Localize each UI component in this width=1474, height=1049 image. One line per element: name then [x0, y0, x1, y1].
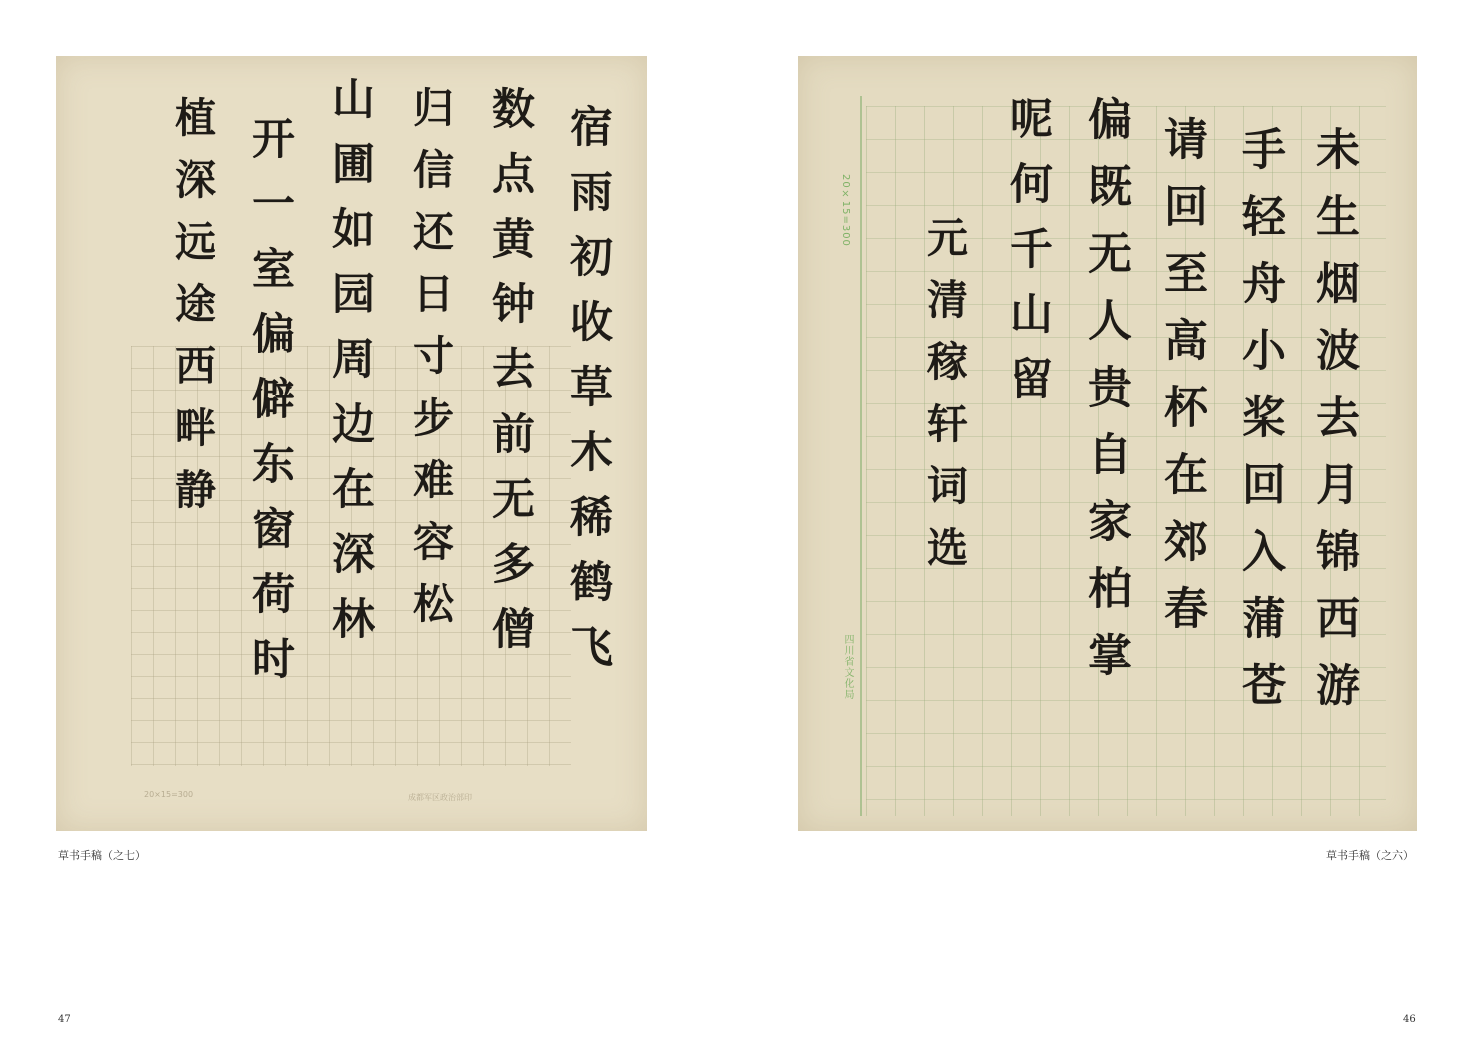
calligraphy-column-1: 宿雨初收草木稀鹤飞	[566, 104, 609, 689]
calligraphy-column-3: 归信还日寸步难容松	[409, 86, 450, 644]
calligraphy-column-6: 植深远途西畔静	[171, 96, 212, 530]
page-number-right: 46	[1403, 1014, 1416, 1025]
calligraphy-column-1: 未生烟波去月锦西游	[1311, 126, 1355, 729]
calligraphy-column-2: 手轻舟小桨回入蒲苍	[1237, 126, 1281, 729]
page-number-left: 47	[58, 1014, 71, 1025]
calligraphy-column-2: 数点黄钟去前无多僧	[488, 86, 531, 671]
calligraphy-column-5: 开一室偏僻东窗荷时	[248, 116, 291, 701]
calligraphy-column-6: 元清稼轩词选	[923, 216, 964, 588]
calligraphy-column-5: 呢何千山留	[1006, 96, 1049, 421]
paper-publisher-mark: 成都军区政治部印	[408, 792, 472, 803]
calligraphy-column-3: 请回至高杯在郊春	[1159, 116, 1203, 652]
manuscript-plate-left: 20×15=300 成都军区政治部印 宿雨初收草木稀鹤飞 数点黄钟去前无多僧 归…	[56, 56, 647, 831]
manuscript-plate-right: 20×15=300 四川省文化局 未生烟波去月锦西游 手轻舟小桨回入蒲苍 请回至…	[798, 56, 1417, 831]
calligraphy-column-4: 偏既无人贵自家柏掌	[1083, 96, 1127, 699]
calligraphy-column-4: 山圃如园周边在深林	[328, 76, 371, 661]
caption-left: 草书手稿（之七）	[58, 847, 146, 863]
paper-grid-spec: 20×15=300	[840, 174, 851, 247]
margin-rule	[860, 96, 862, 816]
caption-right: 草书手稿（之六）	[1326, 847, 1414, 863]
paper-grid-spec: 20×15=300	[144, 790, 193, 799]
paper-publisher-mark: 四川省文化局	[840, 634, 855, 700]
